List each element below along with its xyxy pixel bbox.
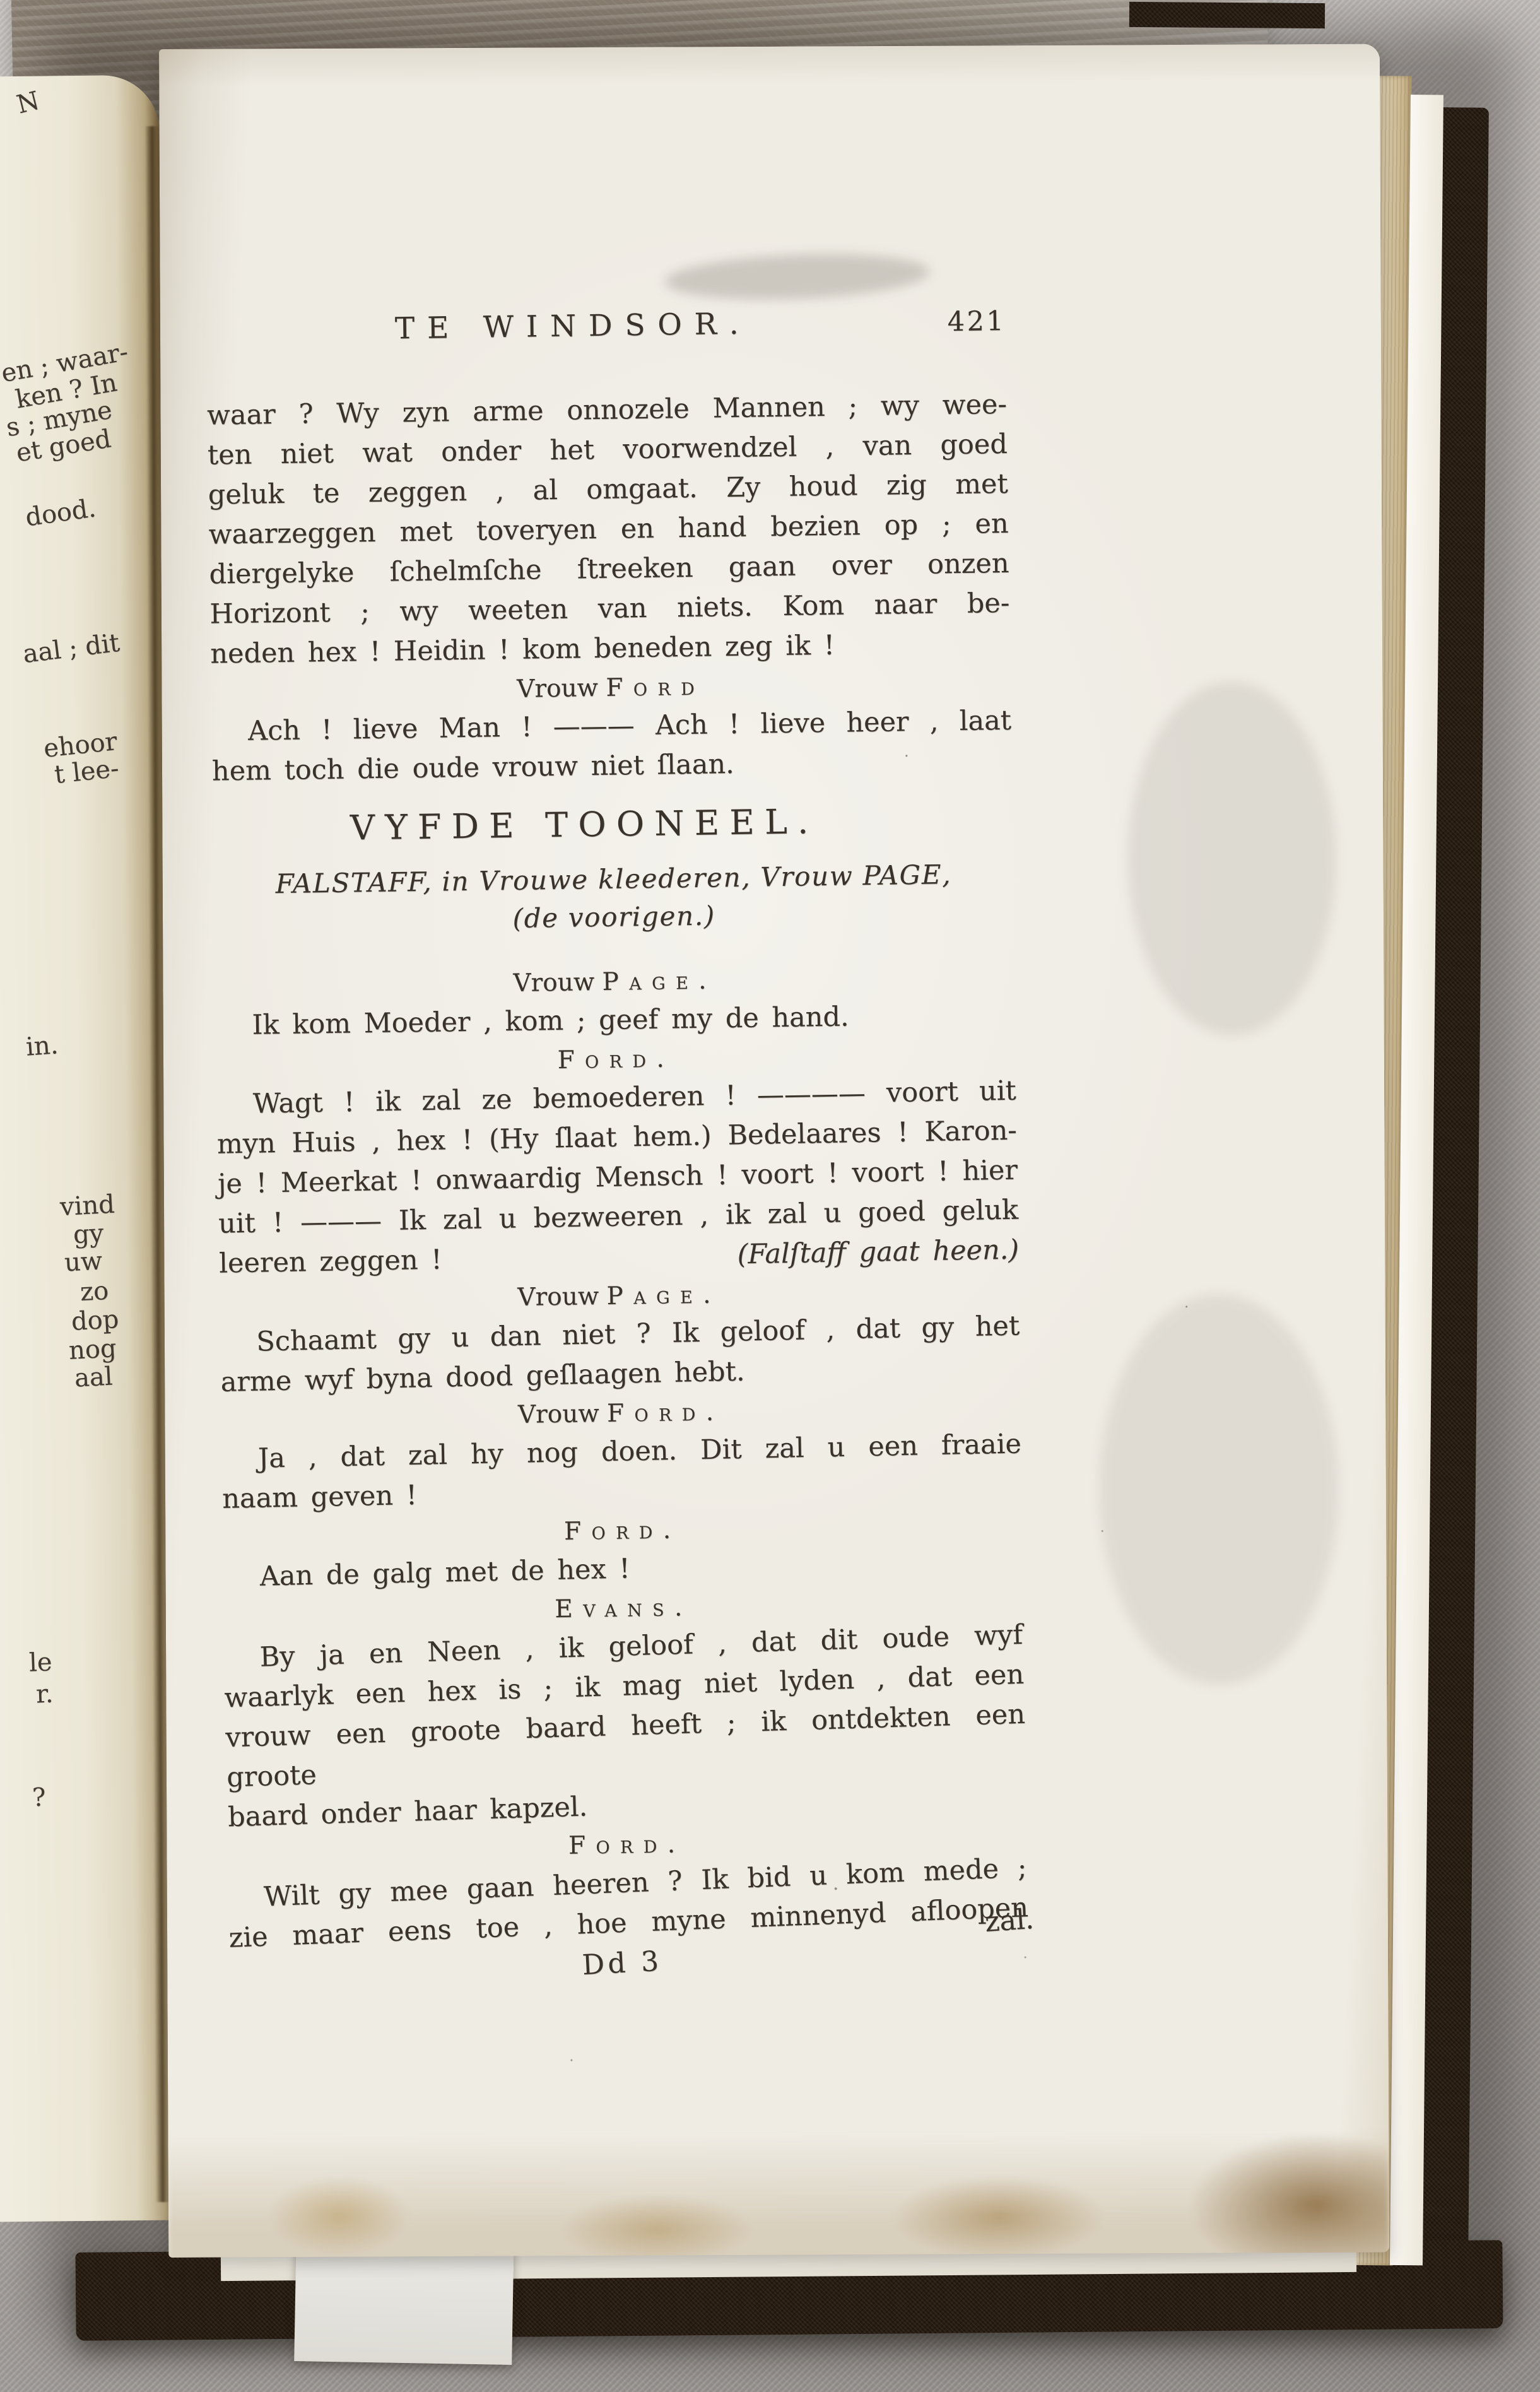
speaker-prefix: Vrouw bbox=[517, 674, 606, 704]
stage-direction: FALSTAFF, in Vrouwe kleederen, Vrouw PAG… bbox=[213, 855, 1014, 942]
right-page: TE WINDSOR. 421 waar ? Wy zyn arme onnoz… bbox=[159, 44, 1389, 2258]
speech-paragraph: By ja en Neen , ik geloof , dat dit oude… bbox=[223, 1615, 1028, 1837]
page-number: 421 bbox=[947, 305, 1006, 338]
stage-direction-inline: (Falſtaff gaat heen.) bbox=[737, 1230, 1020, 1275]
bleed-text-fragment: le bbox=[28, 1647, 52, 1677]
bleed-text-fragment: N bbox=[14, 86, 42, 119]
page-header: TE WINDSOR. 421 bbox=[206, 303, 1006, 355]
speaker-name: Evans. bbox=[555, 1593, 693, 1623]
speaker-prefix: Vrouw bbox=[517, 1282, 607, 1312]
catchword: zal. bbox=[984, 1903, 1035, 1938]
speaker-name: Ford. bbox=[564, 1516, 681, 1546]
speech-paragraph: Schaamt gy u dan niet ? Ik geloof , dat … bbox=[220, 1306, 1021, 1403]
bleed-text-fragment: zo bbox=[79, 1276, 110, 1307]
show-through-smudge bbox=[1098, 1293, 1340, 1686]
speaker-name: Page. bbox=[606, 1280, 721, 1311]
running-head: TE WINDSOR. bbox=[173, 303, 973, 350]
book-photograph: Nen ; waar-ken ? Ins ; myneet goeddood.a… bbox=[0, 0, 1540, 2392]
left-page-fragments: Nen ; waar-ken ? Ins ; myneet goeddood.a… bbox=[0, 0, 134, 2392]
bleed-text-fragment: ? bbox=[32, 1783, 46, 1813]
speaker-name: Ford bbox=[606, 673, 705, 702]
text-column: TE WINDSOR. 421 waar ? Wy zyn arme onnoz… bbox=[206, 303, 1029, 1999]
book-cover-top-edge bbox=[1129, 2, 1325, 28]
bleed-text-fragment: nog bbox=[68, 1334, 117, 1365]
speaker-prefix: Vrouw bbox=[518, 1399, 608, 1429]
speech-paragraph: Ja , dat zal hy nog doen. Dit zal u een … bbox=[221, 1424, 1022, 1519]
speaker-name: Ford. bbox=[607, 1398, 724, 1428]
speech-paragraph: Ach ! lieve Man ! ——— Ach ! lieve heer ,… bbox=[211, 701, 1013, 792]
bleed-text-fragment: in. bbox=[25, 1030, 59, 1061]
bleed-text-fragment: dop bbox=[71, 1305, 120, 1336]
bleed-text-fragment: vind bbox=[59, 1190, 115, 1222]
speaker-name: Page. bbox=[602, 966, 717, 996]
speech-paragraph: waar ? Wy zyn arme onnozele Mannen ; wy … bbox=[207, 385, 1011, 675]
bleed-text-fragment: aal ; dit bbox=[21, 628, 121, 669]
bleed-text-fragment: dood. bbox=[23, 493, 97, 532]
speaker-name: Ford. bbox=[568, 1830, 686, 1860]
show-through-smudge bbox=[1127, 681, 1336, 1035]
bottom-stains bbox=[168, 2044, 1389, 2258]
bleed-text-fragment: r. bbox=[35, 1680, 54, 1709]
bleed-text-fragment: t lee- bbox=[52, 754, 120, 789]
speech-end: leeren zeggen ! bbox=[219, 1240, 442, 1284]
speaker-prefix: Vrouw bbox=[513, 968, 602, 998]
scene-heading: VYFDE TOONEEL. bbox=[184, 796, 985, 854]
bleed-text-fragment: gy bbox=[73, 1219, 105, 1249]
bleed-text-fragment: aal bbox=[73, 1362, 113, 1393]
show-through-smudge bbox=[664, 249, 930, 303]
signature-mark: Dd 3 bbox=[582, 1945, 663, 1982]
speaker-name: Ford. bbox=[557, 1044, 674, 1075]
speech-paragraph: Wagt ! ik zal ze bemoederen ! ———— voort… bbox=[216, 1071, 1019, 1284]
bleed-text-fragment: uw bbox=[64, 1246, 103, 1277]
